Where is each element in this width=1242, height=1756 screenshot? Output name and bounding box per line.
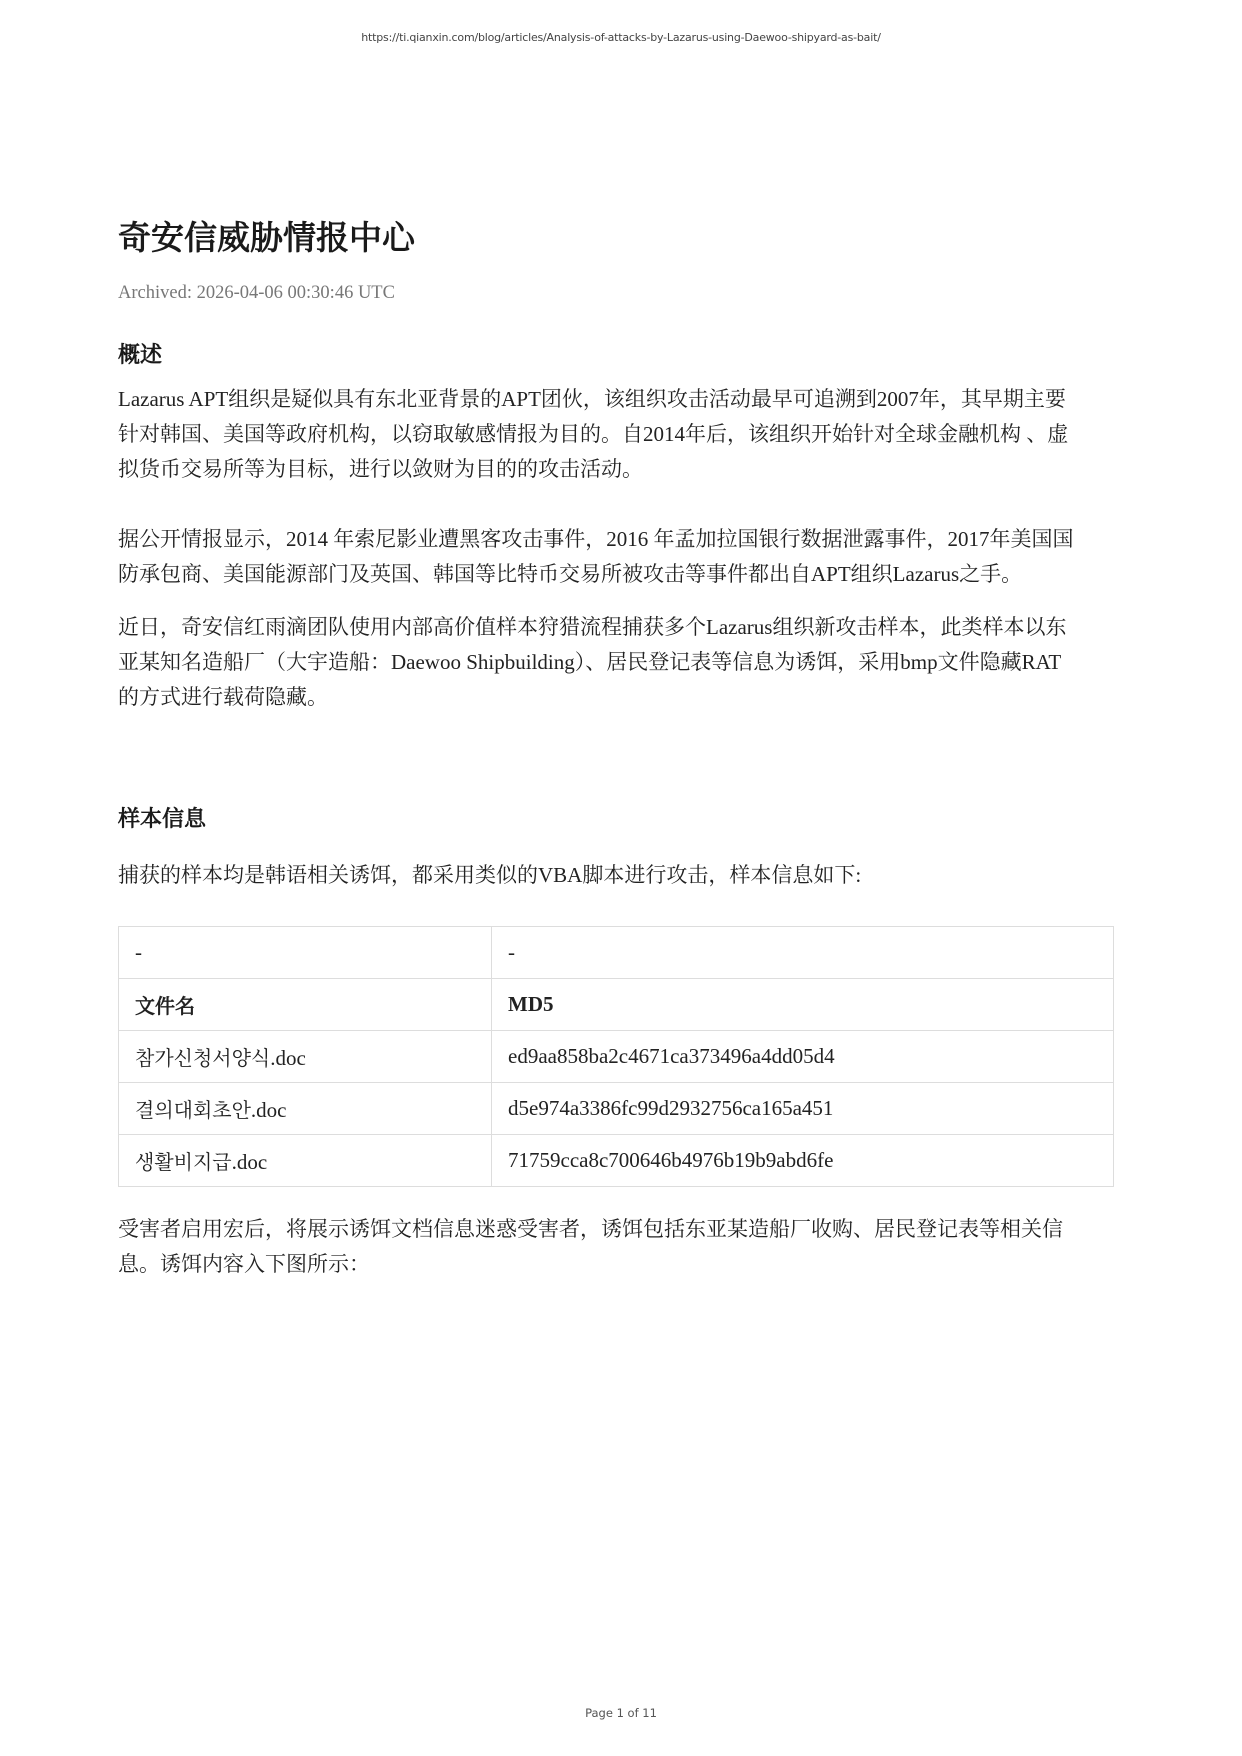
overview-paragraph-3: 近日，奇安信红雨滴团队使用内部高价值样本狩猎流程捕获多个Lazarus组织新攻击…: [118, 610, 1114, 715]
sample-info-intro: 捕获的样本均是韩语相关诱饵，都采用类似的VBA脚本进行攻击，样本信息如下:: [118, 858, 1114, 893]
filename-korean: 결의대회초안: [135, 1098, 251, 1122]
table-header-row: 文件名 MD5: [119, 979, 1114, 1031]
filename-cell: 생활비지급.doc: [119, 1135, 492, 1187]
text-line: 的方式进行载荷隐藏。: [118, 680, 1114, 715]
overview-paragraph-1: Lazarus APT组织是疑似具有东北亚背景的APT团伙，该组织攻击活动最早可…: [118, 382, 1114, 487]
md5-cell: d5e974a3386fc99d2932756ca165a451: [492, 1083, 1114, 1135]
section-heading-sample-info: 样本信息: [118, 802, 206, 833]
table-row: 참가신청서양식.doc ed9aa858ba2c4671ca373496a4dd…: [119, 1031, 1114, 1083]
filename-ext: .doc: [270, 1046, 306, 1070]
md5-cell: ed9aa858ba2c4671ca373496a4dd05d4: [492, 1031, 1114, 1083]
table-placeholder-row: - -: [119, 927, 1114, 979]
table-row: 결의대회초안.doc d5e974a3386fc99d2932756ca165a…: [119, 1083, 1114, 1135]
source-url: https://ti.qianxin.com/blog/articles/Ana…: [0, 31, 1242, 44]
text-line: 针对韩国、美国等政府机构，以窃取敏感情报为目的。自2014年后，该组织开始针对全…: [118, 417, 1114, 452]
table-cell: -: [119, 927, 492, 979]
filename-korean: 생활비지급: [135, 1150, 232, 1174]
column-header-md5: MD5: [492, 979, 1114, 1031]
archived-timestamp: Archived: 2026-04-06 00:30:46 UTC: [118, 283, 395, 304]
text-line: 近日，奇安信红雨滴团队使用内部高价值样本狩猎流程捕获多个Lazarus组织新攻击…: [118, 610, 1114, 645]
section-heading-overview: 概述: [118, 338, 162, 369]
text-line: 据公开情报显示，2014 年索尼影业遭黑客攻击事件，2016 年孟加拉国银行数据…: [118, 522, 1114, 557]
text-line: 捕获的样本均是韩语相关诱饵，都采用类似的VBA脚本进行攻击，样本信息如下:: [118, 858, 1114, 893]
sample-table: - - 文件名 MD5 참가신청서양식.doc ed9aa858ba2c4671…: [118, 926, 1114, 1187]
text-line: 亚某知名造船厂（大宇造船：Daewoo Shipbuilding）、居民登记表等…: [118, 645, 1114, 680]
text-line: 受害者启用宏后，将展示诱饵文档信息迷惑受害者，诱饵包括东亚某造船厂收购、居民登记…: [118, 1212, 1114, 1247]
filename-cell: 결의대회초안.doc: [119, 1083, 492, 1135]
filename-ext: .doc: [251, 1098, 287, 1122]
text-line: 拟货币交易所等为目标，进行以敛财为目的的攻击活动。: [118, 452, 1114, 487]
page-title: 奇安信威胁情报中心: [118, 212, 415, 259]
filename-cell: 참가신청서양식.doc: [119, 1031, 492, 1083]
filename-ext: .doc: [232, 1150, 268, 1174]
md5-cell: 71759cca8c700646b4976b19b9abd6fe: [492, 1135, 1114, 1187]
page-indicator: Page 1 of 11: [0, 1706, 1242, 1720]
column-header-filename: 文件名: [119, 979, 492, 1031]
text-line: 防承包商、美国能源部门及英国、韩国等比特币交易所被攻击等事件都出自APT组织La…: [118, 557, 1114, 592]
table-cell: -: [492, 927, 1114, 979]
overview-paragraph-2: 据公开情报显示，2014 年索尼影业遭黑客攻击事件，2016 年孟加拉国银行数据…: [118, 522, 1114, 592]
text-line: 息。诱饵内容入下图所示：: [118, 1247, 1114, 1282]
text-line: Lazarus APT组织是疑似具有东北亚背景的APT团伙，该组织攻击活动最早可…: [118, 382, 1114, 417]
lure-description-paragraph: 受害者启用宏后，将展示诱饵文档信息迷惑受害者，诱饵包括东亚某造船厂收购、居民登记…: [118, 1212, 1114, 1282]
filename-korean: 참가신청서양식: [135, 1046, 270, 1070]
table-row: 생활비지급.doc 71759cca8c700646b4976b19b9abd6…: [119, 1135, 1114, 1187]
